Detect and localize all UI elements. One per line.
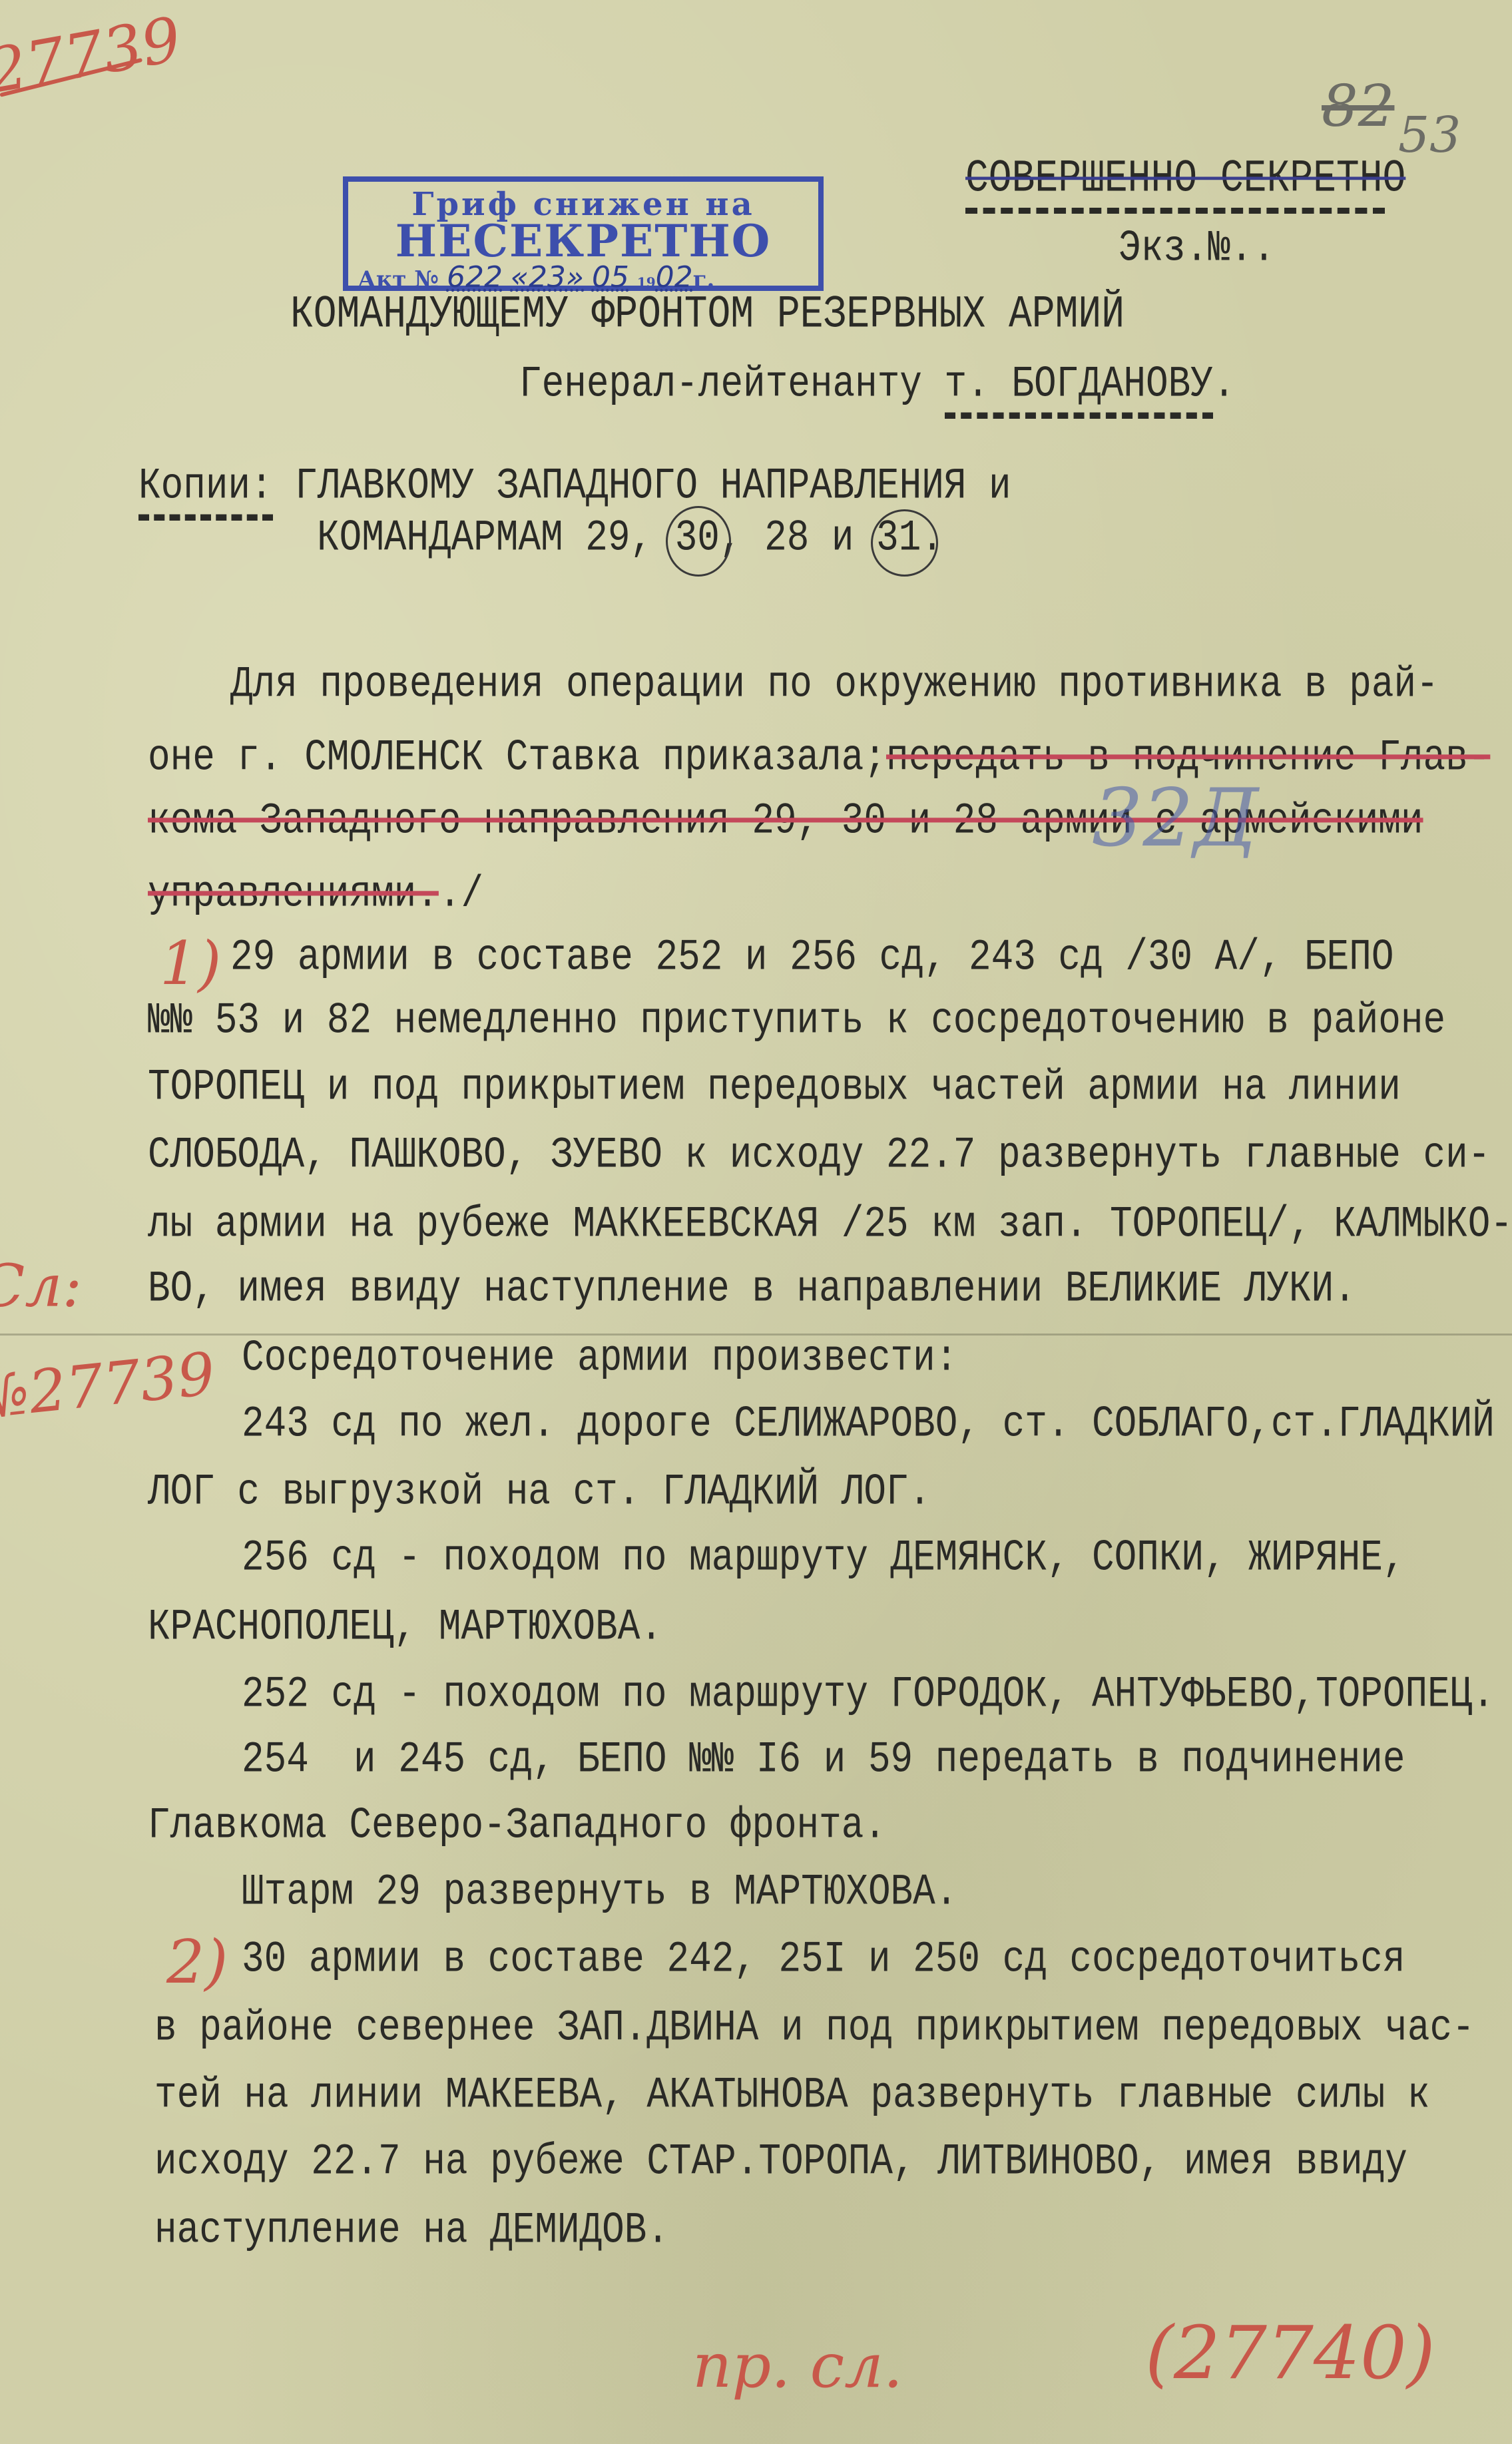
body-line: оне г. СМОЛЕНСК Ставка приказала;передат… — [148, 736, 1490, 780]
copies-label: Копии: — [138, 461, 273, 521]
body-line: Для проведения операции по окружению про… — [230, 662, 1439, 706]
body-line: Главкома Северо-Западного фронта. — [148, 1804, 886, 1847]
body-line: 256 сд - походом по маршруту ДЕМЯНСК, СО… — [242, 1536, 1405, 1580]
archive-number-top-left: 27739 — [0, 3, 186, 107]
body-line: ВО, имея ввиду наступление в направлении… — [148, 1267, 1356, 1311]
stamp-year-suffix: г. — [693, 266, 715, 293]
body-line: ЛОГ с выгрузкой на ст. ГЛАДКИЙ ЛОГ. — [148, 1470, 931, 1514]
stamp-line-2: НЕСЕКРЕТНО — [348, 215, 818, 267]
classification-crossed: СОВЕРШЕННО СЕКРЕТНО — [965, 157, 1405, 202]
intro-checkmark: ./ — [439, 869, 483, 919]
item-1-marker: 1) — [160, 929, 221, 999]
intro-struck-text: управлениями. — [148, 869, 439, 919]
body-line: Штарм 29 развернуть в МАРТЮХОВА. — [242, 1870, 957, 1914]
blue-pencil-mark: 32Д — [1092, 772, 1258, 865]
addressee-line-2: Генерал-лейтенанту т. БОГДАНОВУ. — [519, 362, 1235, 406]
body-line: 243 сд по жел. дороге СЕЛИЖАРОВО, ст. СО… — [242, 1402, 1495, 1446]
body-line: №№ 53 и 82 немедленно приступить к сосре… — [148, 999, 1445, 1043]
copies-recipient-1: ГЛАВКОМУ ЗАПАДНОГО НАПРАВЛЕНИЯ и — [273, 461, 1011, 511]
bottom-archive-number: (27740) — [1145, 2310, 1435, 2395]
folio-number: 53 — [1398, 107, 1461, 164]
copies-line-2: КОМАНДАРМАМ 29, 30, 28 и 31. — [317, 516, 943, 560]
body-line: Сосредоточение армии произвести: — [242, 1336, 957, 1380]
copies-line-1: Копии: ГЛАВКОМУ ЗАПАДНОГО НАПРАВЛЕНИЯ и — [138, 464, 1011, 508]
body-line: ТОРОПЕЦ и под прикрытием передовых часте… — [148, 1065, 1401, 1109]
body-line: 29 армии в составе 252 и 256 сд, 243 сд … — [230, 935, 1393, 979]
body-line: 252 сд - походом по маршруту ГОРОДОК, АН… — [242, 1672, 1495, 1716]
circle-mark-30 — [666, 506, 731, 577]
body-line: в районе севернее ЗАП.ДВИНА и под прикры… — [154, 2006, 1475, 2050]
addressee-rank: Генерал-лейтенанту — [519, 359, 945, 409]
body-line: лы армии на рубеже МАККЕЕВСКАЯ /25 км за… — [148, 1202, 1512, 1246]
body-line: наступление на ДЕМИДОВ. — [154, 2208, 669, 2252]
addressee-name: т. БОГДАНОВУ — [945, 359, 1213, 419]
stamp-act-label: Акт № — [358, 266, 439, 293]
margin-note-number: №27739 — [0, 1339, 218, 1432]
body-line: 30 армии в составе 242, 25I и 250 сд сос… — [242, 1937, 1405, 1981]
copy-number: Экз.№.. — [1119, 226, 1275, 270]
classification-dashed-underline — [965, 208, 1385, 214]
margin-note-sl: Сл: — [0, 1252, 82, 1320]
body-line: исходу 22.7 на рубеже СТАР.ТОРОПА, ЛИТВИ… — [154, 2140, 1407, 2184]
body-line: управлениями../ — [148, 872, 483, 916]
body-line: КРАСНОПОЛЕЦ, МАРТЮХОВА. — [148, 1605, 662, 1649]
body-line: СЛОБОДА, ПАШКОВО, ЗУЕВО к исходу 22.7 ра… — [148, 1133, 1490, 1177]
intro-text: оне г. СМОЛЕНСК Ставка приказала; — [148, 732, 886, 783]
bottom-note: пр. сл. — [692, 2330, 903, 2401]
folio-number-crossed: 82 — [1322, 73, 1394, 140]
body-line: тей на линии МАКЕЕВА, АКАТЫНОВА разверну… — [154, 2073, 1430, 2117]
declassification-stamp: Гриф снижен на НЕСЕКРЕТНО Акт № 622 «23»… — [343, 176, 824, 291]
circle-mark-31 — [871, 509, 938, 577]
body-line: 254 и 245 сд, БЕПО №№ I6 и 59 передать в… — [242, 1738, 1405, 1782]
item-2-marker: 2) — [166, 1927, 228, 1997]
addressee-period: . — [1213, 359, 1236, 409]
stamp-year-prefix: 19 — [637, 274, 656, 290]
addressee-line-1: КОМАНДУЮЩЕМУ ФРОНТОМ РЕЗЕРВНЫХ АРМИЙ — [290, 293, 1125, 338]
